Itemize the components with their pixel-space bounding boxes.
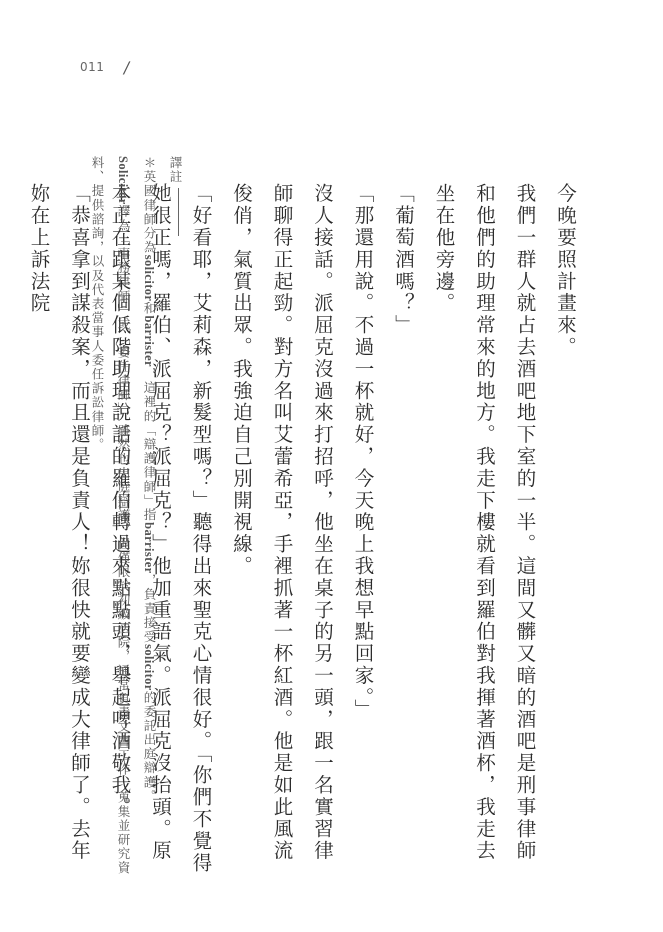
- footnote-seg: ，這裡的「辯護律師」指: [142, 367, 157, 522]
- paragraph: 沒人接話。派屈克沒過來打招呼，他坐在桌子的另一頭，跟一名實習律師聊得正起勁。對方…: [221, 183, 343, 883]
- footnote-seg-latin: solicitor: [142, 255, 156, 302]
- page-number: 011: [80, 60, 104, 74]
- paragraph: 我們一群人就占去酒吧地下室的一半。這間又髒又暗的酒吧是刑事律師和他們的助理常來的…: [423, 183, 545, 883]
- footnote-seg: 和: [142, 301, 157, 315]
- footnote-seg: 譯為「事務律師」或「委任律師」，雖然也出庭辯護，但僅限於初級法院，通常負責文書工…: [90, 156, 131, 875]
- notes-title-rule: [178, 188, 179, 236]
- footnote-seg: 的委託出庭辯護。: [142, 691, 157, 804]
- footnote-seg: 英國律師分為: [142, 170, 157, 255]
- translator-notes: 譯註 ＊英國律師分為solicitor和barrister，這裡的「辯護律師」指…: [84, 156, 188, 876]
- footnote-seg-latin: Solicitor: [116, 156, 130, 205]
- paragraph: 「葡萄酒嗎？」: [383, 183, 424, 883]
- paragraph: 今晚要照計畫來。: [545, 183, 586, 883]
- notes-title: 譯註: [162, 156, 188, 876]
- footnote-seg: ，負責接受: [142, 574, 157, 645]
- footnote-marker: ＊: [142, 156, 157, 170]
- footnote-seg-latin: barrister: [142, 315, 156, 367]
- footnote-seg-latin: barrister: [142, 522, 156, 574]
- paragraph: 「那還用說。不過一杯就好，今天晚上我想早點回家。」: [342, 183, 383, 883]
- footnote: ＊英國律師分為solicitor和barrister，這裡的「辯護律師」指bar…: [84, 156, 162, 876]
- page-marker: /: [122, 58, 131, 77]
- footnote-seg-latin: solicitor: [142, 644, 156, 691]
- notes-title-text: 譯註: [168, 156, 183, 184]
